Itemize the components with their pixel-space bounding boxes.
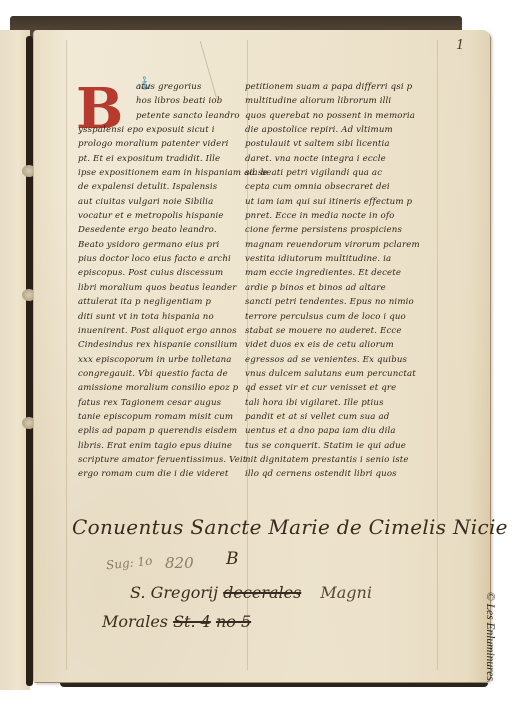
binding-spine: [26, 36, 33, 686]
text-line: terrore perculsus cum de loco i quo: [245, 310, 420, 324]
text-line: sia beati petri vigilandi qua ac: [245, 166, 420, 180]
text-line: congregauit. Vbi questio facta de: [78, 367, 268, 381]
text-line: prologo moralium patenter videri: [78, 137, 268, 151]
text-line: ut iam iam qui sui itineris effectum p: [245, 195, 420, 209]
text-column-right: petitionem suam a papa differri qsi pmul…: [245, 80, 420, 482]
text-line: ipse expositionem eam in hispaniam ad se: [78, 166, 268, 180]
text-line: videt duos ex eis de cetu aliorum: [245, 338, 420, 352]
text-line: Cindesindus rex hispanie consilium: [78, 338, 268, 352]
text-line: sancti petri tendentes. Epus no nimio: [245, 295, 420, 309]
author-line: S. Gregorij decerales Magni: [130, 583, 372, 602]
text-line: aut ciuitas vulgari noie Sibilia: [78, 195, 268, 209]
author-prefix: S. Gregorij: [130, 583, 218, 602]
text-line: multitudine aliorum librorum illi: [245, 94, 420, 108]
text-line: petitionem suam a papa differri qsi p: [245, 80, 420, 94]
text-line: qd esset vir et cur venisset et qre: [245, 381, 420, 395]
ruling-line: [66, 40, 67, 670]
text-line: eplis ad papam p querendis eisdem: [78, 424, 268, 438]
ownership-inscription: Conuentus Sancte Marie de Cimelis Nicie: [72, 515, 508, 539]
shelf-mark: B: [226, 549, 239, 569]
text-line: petente sancto leandro: [78, 109, 268, 123]
text-line: quos querebat no possent in memoria: [245, 109, 420, 123]
text-line: libris. Erat enim tagio epus diuine: [78, 439, 268, 453]
text-line: Beato ysidoro germano eius pri: [78, 238, 268, 252]
text-line: magnam reuendorum virorum pclarem: [245, 238, 420, 252]
text-line: hos libros beati iob: [78, 94, 268, 108]
title: Morales: [102, 612, 168, 631]
text-line: amissione moralium consilio epoz p: [78, 381, 268, 395]
text-line: vnus dulcem salutans eum percunctat: [245, 367, 420, 381]
text-line: pnret. Ecce in media nocte in ofo: [245, 209, 420, 223]
page-bottom-edge: [60, 683, 488, 687]
text-line: pius doctor loco eius facto e archi: [78, 252, 268, 266]
text-line: fatus rex Tagionem cesar augus: [78, 396, 268, 410]
text-line: uentus et a dno papa iam diu dila: [245, 424, 420, 438]
author-suffix: Magni: [320, 583, 372, 602]
text-line: tanie episcopum romam misit cum: [78, 410, 268, 424]
text-line: attulerat ita p negligentiam p: [78, 295, 268, 309]
text-line: pt. Et ei expositum tradidit. Ille: [78, 152, 268, 166]
text-line: die apostolice repiri. Ad vltimum: [245, 123, 420, 137]
text-line: vocatur et e metropolis hispanie: [78, 209, 268, 223]
text-column-left: atus gregoriushos libros beati iobpetent…: [78, 80, 268, 482]
text-line: episcopus. Post cuius discessum: [78, 266, 268, 280]
text-line: ergo romam cum die i die videret: [78, 467, 268, 481]
text-line: atus gregorius: [78, 80, 268, 94]
text-line: cione ferme persistens prospiciens: [245, 223, 420, 237]
text-line: pandit et at si vellet cum sua ad: [245, 410, 420, 424]
number-struck: no 5: [216, 612, 251, 631]
ruling-line: [437, 40, 438, 670]
copyright-notice: © Les Enluminures: [484, 592, 496, 681]
title-struck: St. 4: [173, 612, 211, 631]
text-line: inuenirent. Post aliquot ergo annos: [78, 324, 268, 338]
text-line: cepta cum omnia obsecraret dei: [245, 180, 420, 194]
text-line: ardie p binos et binos ad altare: [245, 281, 420, 295]
text-line: ysspalensi epo exposuit sicut i: [78, 123, 268, 137]
text-line: nit dignitatem prestantis i senio iste: [245, 453, 420, 467]
text-line: vestita idiutorum multitudine. ia: [245, 252, 420, 266]
text-line: xxx episcoporum in urbe tolletana: [78, 353, 268, 367]
text-line: egressos ad se venientes. Ex quibus: [245, 353, 420, 367]
author-struck: decerales: [223, 583, 301, 602]
text-line: illo qd cernens ostendit libri quos: [245, 467, 420, 481]
pencil-number: 820: [165, 554, 194, 572]
text-line: daret. vna nocte integra i eccle: [245, 152, 420, 166]
text-line: stabat se mouere no auderet. Ecce: [245, 324, 420, 338]
text-line: tali hora ibi vigilaret. Ille ptius: [245, 396, 420, 410]
text-line: libri moralium quos beatus leander: [78, 281, 268, 295]
text-line: diti sunt vt in tota hispania no: [78, 310, 268, 324]
folio-number: 1: [456, 38, 464, 53]
text-line: tus se conquerit. Statim ie qui adue: [245, 439, 420, 453]
text-line: de expalensi detulit. Ispalensis: [78, 180, 268, 194]
text-line: Desedente ergo beato leandro.: [78, 223, 268, 237]
text-line: postulauit vt saltem sibi licentia: [245, 137, 420, 151]
text-line: scripture amator feruentissimus. Veit: [78, 453, 268, 467]
title-line: Morales St. 4 no 5: [102, 612, 251, 631]
text-line: mam eccie ingredientes. Et decete: [245, 266, 420, 280]
